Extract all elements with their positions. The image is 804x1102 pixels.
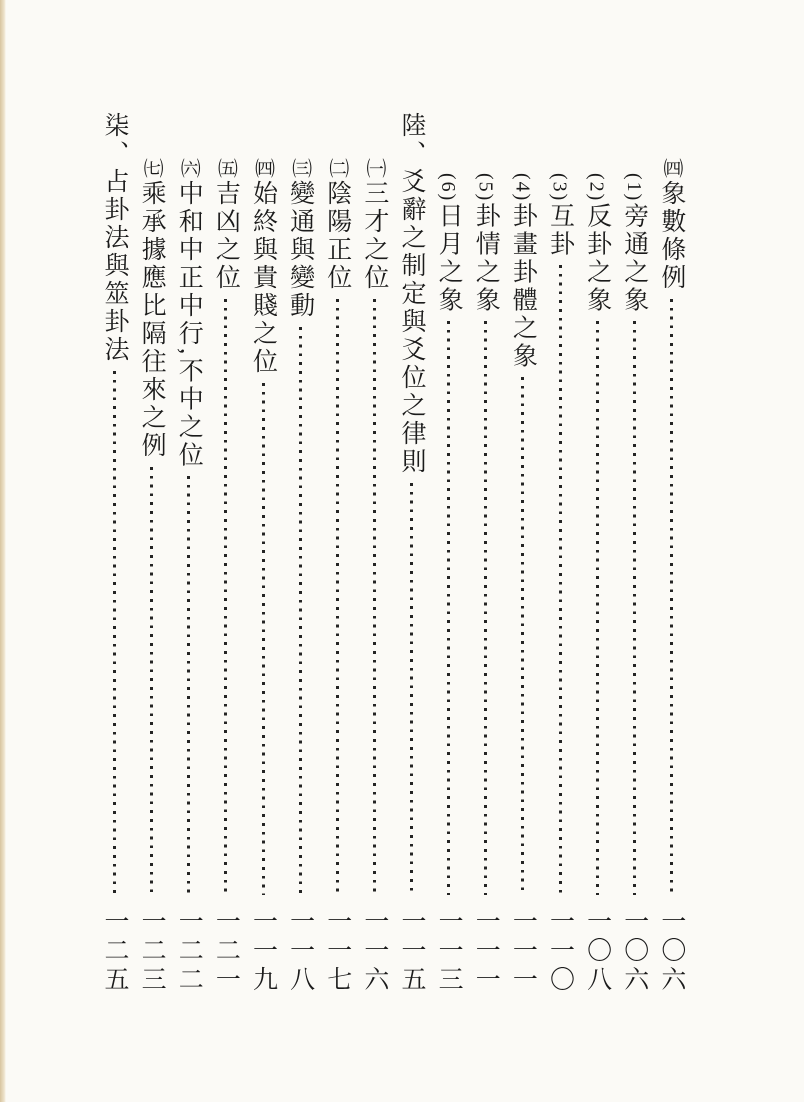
toc-entry-marker: ㈥ xyxy=(177,158,199,180)
toc-entry-label: ㈣始終與貴賤之位 xyxy=(251,158,276,376)
toc-entry-title: 互卦 xyxy=(547,202,574,258)
toc-entry-title: 卦畫卦體之象 xyxy=(509,202,536,370)
table-of-contents: ㈣象數條例 一〇六 (1)旁通之象 一〇六 (2)反卦之象 一〇八 (3)互卦 … xyxy=(96,110,690,995)
toc-entry-title: 爻辭之制定與爻位之律則 xyxy=(398,168,425,476)
page-number: 一一九 xyxy=(251,908,276,995)
toc-entry-label: 柒、占卦法與筮卦法 xyxy=(102,112,127,364)
toc-entry-marker: ㈢ xyxy=(289,158,311,180)
toc-entry: (4)卦畫卦體之象 一一一 xyxy=(504,110,541,995)
toc-entry-marker: (2) xyxy=(586,173,608,202)
toc-entry: (3)互卦 一一〇 xyxy=(542,110,579,995)
toc-entry-title: 日月之象 xyxy=(435,202,462,314)
toc-entry-marker: (6) xyxy=(437,173,459,202)
toc-entry-label: ㈥中和中正中行,不中之位 xyxy=(176,158,201,469)
page-number: 一一八 xyxy=(288,908,313,995)
toc-entry: ㈤吉凶之位 一二一 xyxy=(207,110,244,995)
toc-entry-title: 三才之位 xyxy=(361,180,388,292)
toc-entry-label: (3)互卦 xyxy=(548,173,573,258)
dotted-leader xyxy=(262,383,265,895)
page-number: 一一〇 xyxy=(548,908,573,995)
toc-entry: (6)日月之象 一一三 xyxy=(430,110,467,995)
dotted-leader xyxy=(410,483,413,895)
toc-entry-title: 中和中正中行,不中之位 xyxy=(175,180,202,469)
dotted-leader xyxy=(484,321,487,895)
dotted-leader xyxy=(633,321,636,895)
toc-entry: 陸、爻辭之制定與爻位之律則 一一五 xyxy=(393,110,430,995)
toc-entry-marker: (5) xyxy=(474,173,496,202)
toc-entry-label: (2)反卦之象 xyxy=(585,173,610,314)
page-number: 一二一 xyxy=(213,908,238,995)
dotted-leader xyxy=(113,371,116,895)
page-number: 一二二 xyxy=(176,908,201,995)
toc-entry-marker: ㈡ xyxy=(326,158,348,180)
toc-entry: (2)反卦之象 一〇八 xyxy=(579,110,616,995)
dotted-leader xyxy=(596,321,599,895)
toc-entry-title: 旁通之象 xyxy=(621,202,648,314)
dotted-leader xyxy=(224,299,227,895)
page-number: 一一三 xyxy=(436,908,461,995)
dotted-leader xyxy=(336,299,339,895)
toc-entry-marker: 陸、 xyxy=(398,112,425,168)
toc-entry: ㈣象數條例 一〇六 xyxy=(653,110,690,995)
dotted-leader xyxy=(559,265,562,895)
toc-entry-title: 卦情之象 xyxy=(472,202,499,314)
toc-entry: (1)旁通之象 一〇六 xyxy=(616,110,653,995)
page-number: 一一七 xyxy=(325,908,350,995)
page-number: 一二三 xyxy=(139,908,164,995)
toc-entry-title: 始終與貴賤之位 xyxy=(250,180,277,376)
page-number: 一二五 xyxy=(102,908,127,995)
book-gutter-edge xyxy=(0,0,6,1102)
toc-entry-title: 乘承據應比隔往來之例 xyxy=(138,180,165,460)
page-number: 一一一 xyxy=(473,908,498,995)
page-number: 一〇六 xyxy=(659,908,684,995)
toc-entry: ㈥中和中正中行,不中之位 一二二 xyxy=(170,110,207,995)
page-number: 一〇八 xyxy=(585,908,610,995)
dotted-leader xyxy=(447,321,450,895)
toc-entry: ㈣始終與貴賤之位 一一九 xyxy=(245,110,282,995)
toc-entry-label: ㈠三才之位 xyxy=(362,158,387,292)
toc-entry-title: 占卦法與筮卦法 xyxy=(101,168,128,364)
toc-entry-label: ㈣象數條例 xyxy=(659,158,684,292)
toc-entry-title: 象數條例 xyxy=(658,180,685,292)
toc-entry-label: 陸、爻辭之制定與爻位之律則 xyxy=(399,112,424,476)
toc-entry: (5)卦情之象 一一一 xyxy=(467,110,504,995)
toc-entry-title: 反卦之象 xyxy=(584,202,611,314)
toc-entry-marker: ㈠ xyxy=(363,158,385,180)
toc-entry-label: (6)日月之象 xyxy=(436,173,461,314)
toc-entry-marker: ㈣ xyxy=(252,158,274,180)
toc-entry: 柒、占卦法與筮卦法 一二五 xyxy=(96,110,133,995)
toc-entry-title: 變通與變動 xyxy=(287,180,314,320)
toc-entry-marker: ㈦ xyxy=(140,158,162,180)
toc-entry-label: ㈦乘承據應比隔往來之例 xyxy=(139,158,164,460)
dotted-leader xyxy=(299,327,302,895)
toc-entry-label: ㈤吉凶之位 xyxy=(213,158,238,292)
dotted-leader xyxy=(373,299,376,895)
toc-entry-marker: ㈣ xyxy=(660,158,682,180)
toc-entry-label: (5)卦情之象 xyxy=(473,173,498,314)
toc-entry-marker: 柒、 xyxy=(101,112,128,168)
toc-entry: ㈡陰陽正位 一一七 xyxy=(319,110,356,995)
toc-entry: ㈦乘承據應比隔往來之例 一二三 xyxy=(133,110,170,995)
toc-entry-label: ㈡陰陽正位 xyxy=(325,158,350,292)
page-number: 一一五 xyxy=(399,908,424,995)
toc-entry: ㈠三才之位 一一六 xyxy=(356,110,393,995)
toc-entry-title: 陰陽正位 xyxy=(324,180,351,292)
dotted-leader xyxy=(187,476,190,895)
dotted-leader xyxy=(670,299,673,895)
page-number: 一〇六 xyxy=(622,908,647,995)
scanned-book-page: ㈣象數條例 一〇六 (1)旁通之象 一〇六 (2)反卦之象 一〇八 (3)互卦 … xyxy=(0,0,804,1102)
toc-entry-label: (1)旁通之象 xyxy=(622,173,647,314)
dotted-leader xyxy=(521,377,524,895)
toc-entry-label: (4)卦畫卦體之象 xyxy=(510,173,535,370)
toc-entry-title: 吉凶之位 xyxy=(212,180,239,292)
toc-entry-marker: ㈤ xyxy=(214,158,236,180)
toc-entry-label: ㈢變通與變動 xyxy=(288,158,313,320)
toc-entry-marker: (3) xyxy=(549,173,571,202)
toc-entry: ㈢變通與變動 一一八 xyxy=(282,110,319,995)
page-number: 一一一 xyxy=(510,908,535,995)
toc-entry-marker: (1) xyxy=(623,173,645,202)
dotted-leader xyxy=(150,467,153,895)
toc-entry-marker: (4) xyxy=(511,173,533,202)
page-number: 一一六 xyxy=(362,908,387,995)
